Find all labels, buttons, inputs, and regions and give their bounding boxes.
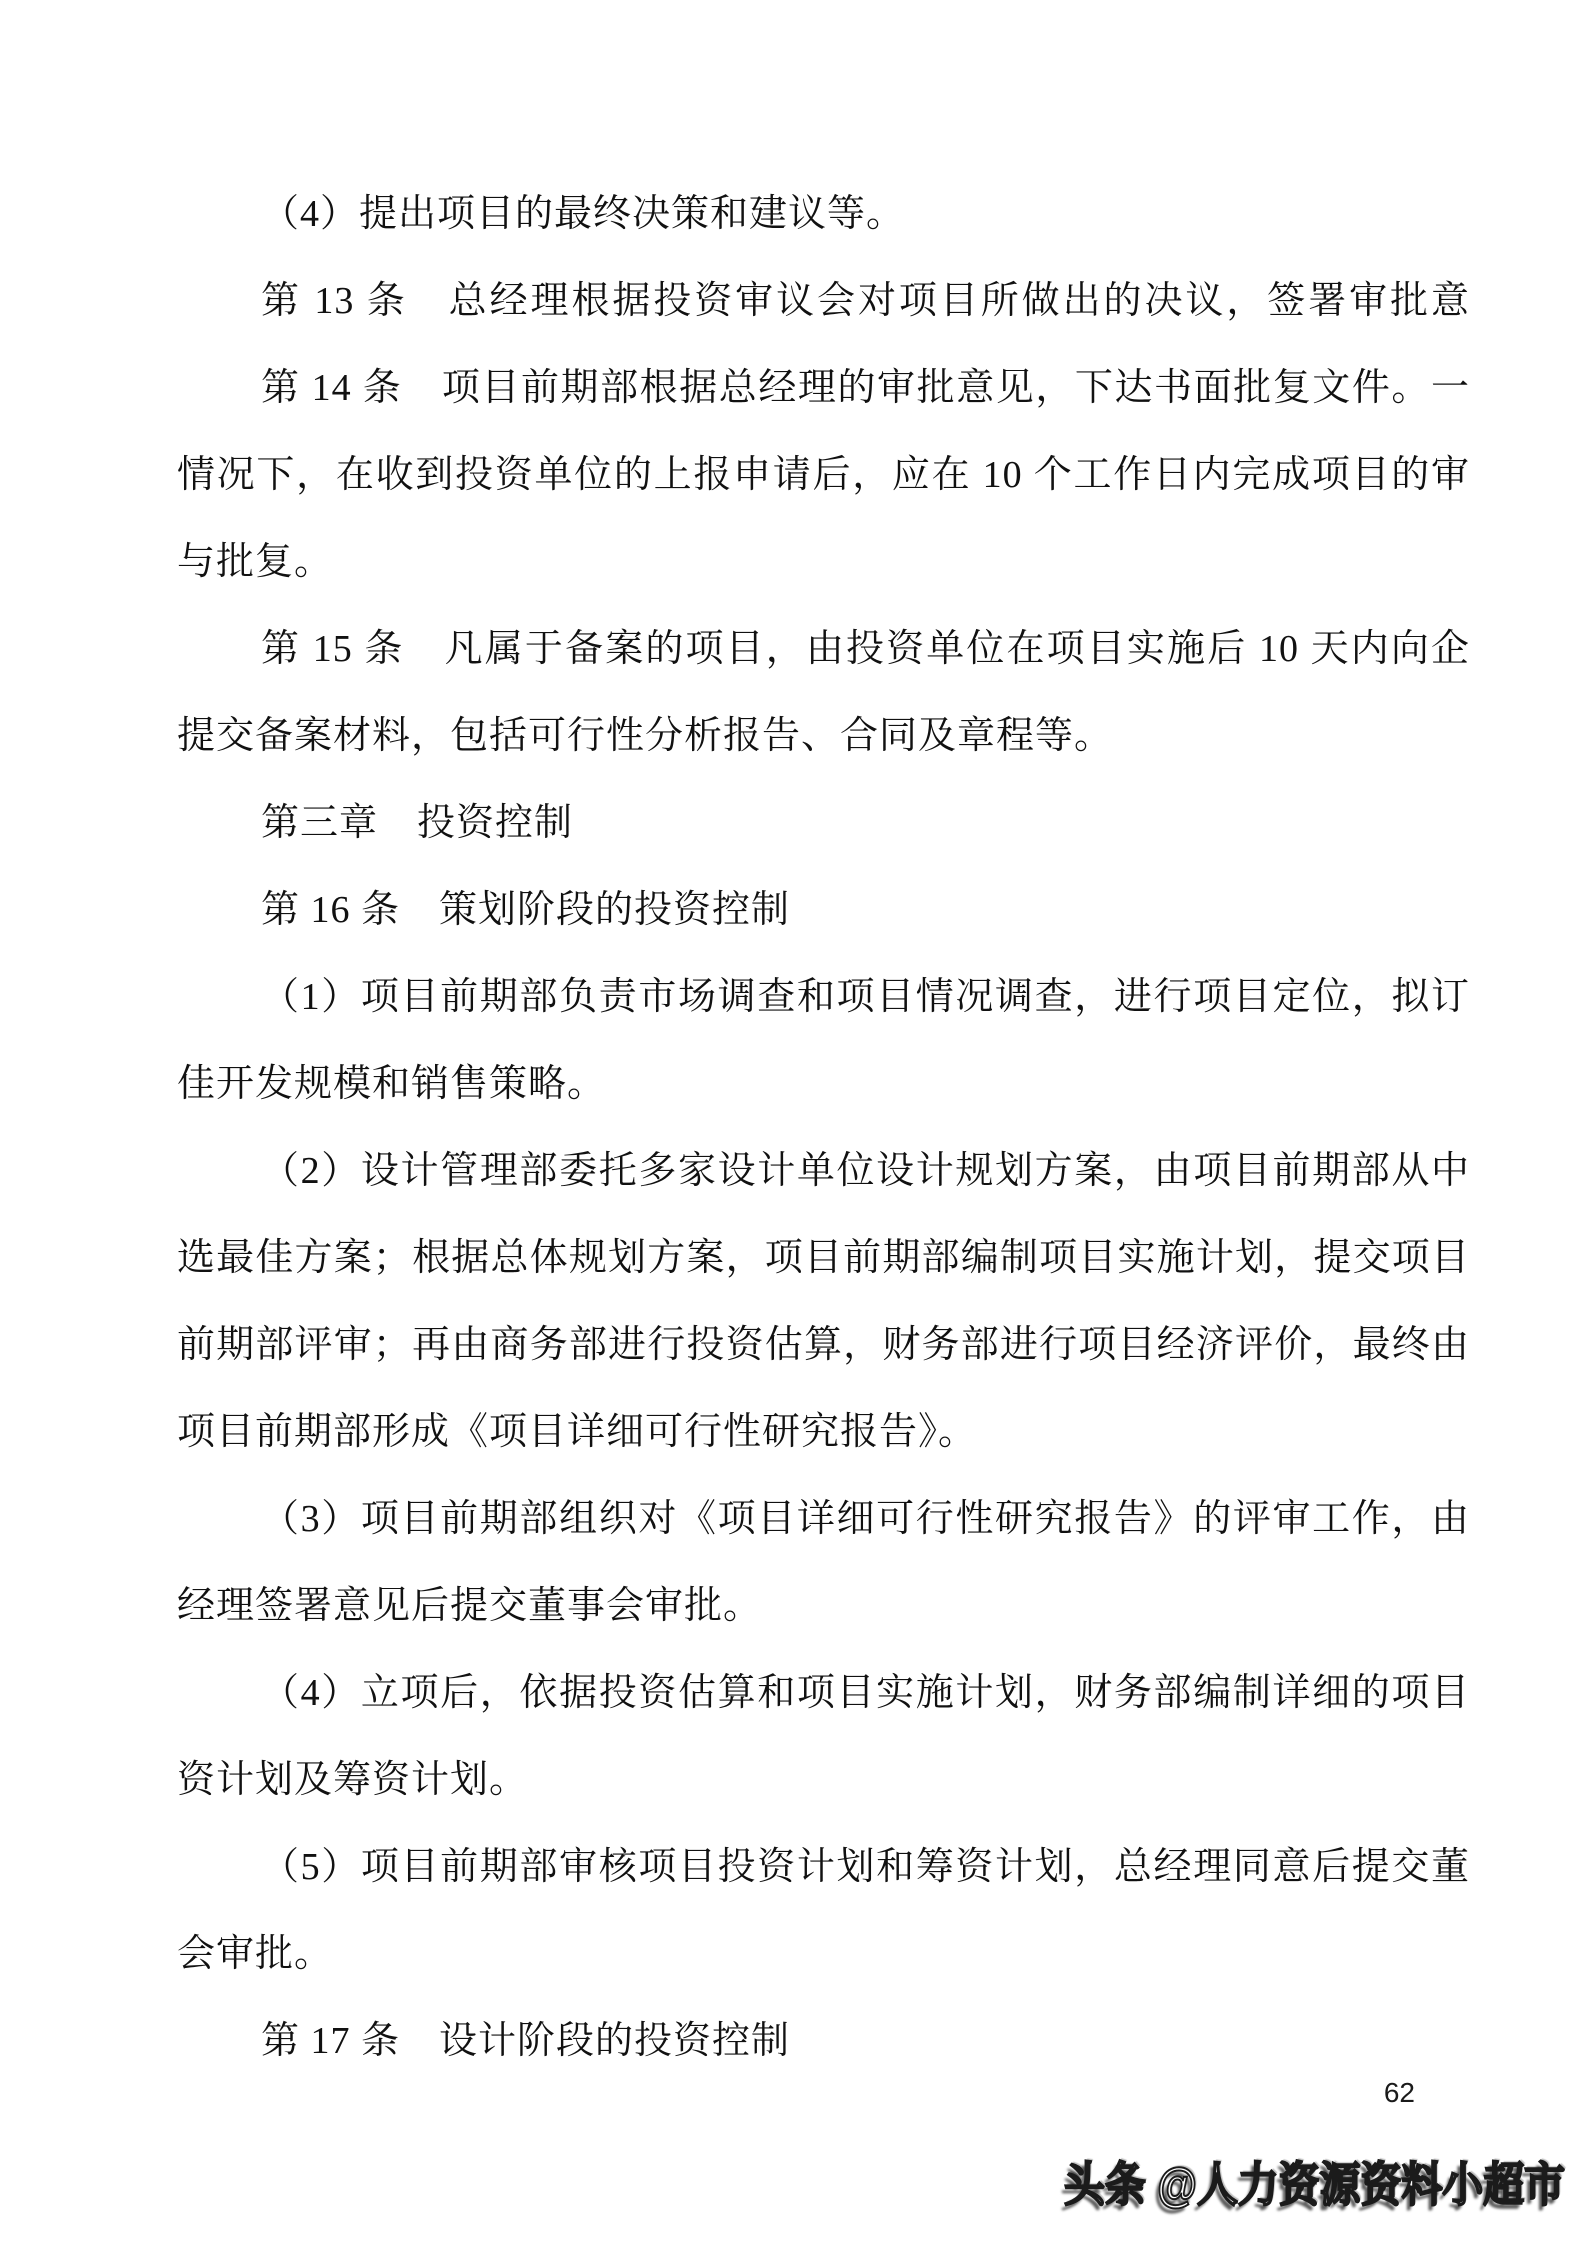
text-line: （4）立项后，依据投资估算和项目实施计划，财务部编制详细的项目投 [177, 1650, 1470, 1737]
text-line: 项目前期部形成《项目详细可行性研究报告》。 [177, 1389, 1470, 1476]
text-line: 第 14 条 项目前期部根据总经理的审批意见，下达书面批复文件。一般 [177, 345, 1470, 432]
text-line: （2）设计管理部委托多家设计单位设计规划方案，由项目前期部从中挑 [177, 1128, 1470, 1215]
text-line: （1）项目前期部负责市场调查和项目情况调查，进行项目定位，拟订最 [177, 954, 1470, 1041]
text-line: 前期部评审；再由商务部进行投资估算，财务部进行项目经济评价，最终由 [177, 1302, 1470, 1389]
text-line: 第 15 条 凡属于备案的项目，由投资单位在项目实施后 10 天内向企业 [177, 606, 1470, 693]
text-line: 会审批。 [177, 1911, 1470, 1998]
text-line: 第 13 条 总经理根据投资审议会对项目所做出的决议，签署审批意见。 [177, 258, 1470, 345]
watermark: 头条 @人力资源资料小超市 [1064, 2156, 1565, 2214]
document-page: （4）提出项目的最终决策和建议等。 第 13 条 总经理根据投资审议会对项目所做… [0, 0, 1587, 2245]
page-number: 62 [1384, 2078, 1415, 2108]
text-line: （4）提出项目的最终决策和建议等。 [177, 171, 1470, 258]
document-body: （4）提出项目的最终决策和建议等。 第 13 条 总经理根据投资审议会对项目所做… [177, 171, 1470, 2085]
text-line: 经理签署意见后提交董事会审批。 [177, 1563, 1470, 1650]
article-heading: 第 17 条 设计阶段的投资控制 [177, 1998, 1470, 2085]
text-line: 资计划及筹资计划。 [177, 1737, 1470, 1824]
text-line: （3）项目前期部组织对《项目详细可行性研究报告》的评审工作，由总 [177, 1476, 1470, 1563]
text-line: 提交备案材料，包括可行性分析报告、合同及章程等。 [177, 693, 1470, 780]
text-line: 选最佳方案；根据总体规划方案，项目前期部编制项目实施计划，提交项目 [177, 1215, 1470, 1302]
chapter-heading: 第三章 投资控制 [177, 780, 1470, 867]
text-line: 佳开发规模和销售策略。 [177, 1041, 1470, 1128]
article-heading: 第 16 条 策划阶段的投资控制 [177, 867, 1470, 954]
text-line: 情况下，在收到投资单位的上报申请后，应在 10 个工作日内完成项目的审查 [177, 432, 1470, 519]
text-line: （5）项目前期部审核项目投资计划和筹资计划，总经理同意后提交董事 [177, 1824, 1470, 1911]
text-line: 与批复。 [177, 519, 1470, 606]
